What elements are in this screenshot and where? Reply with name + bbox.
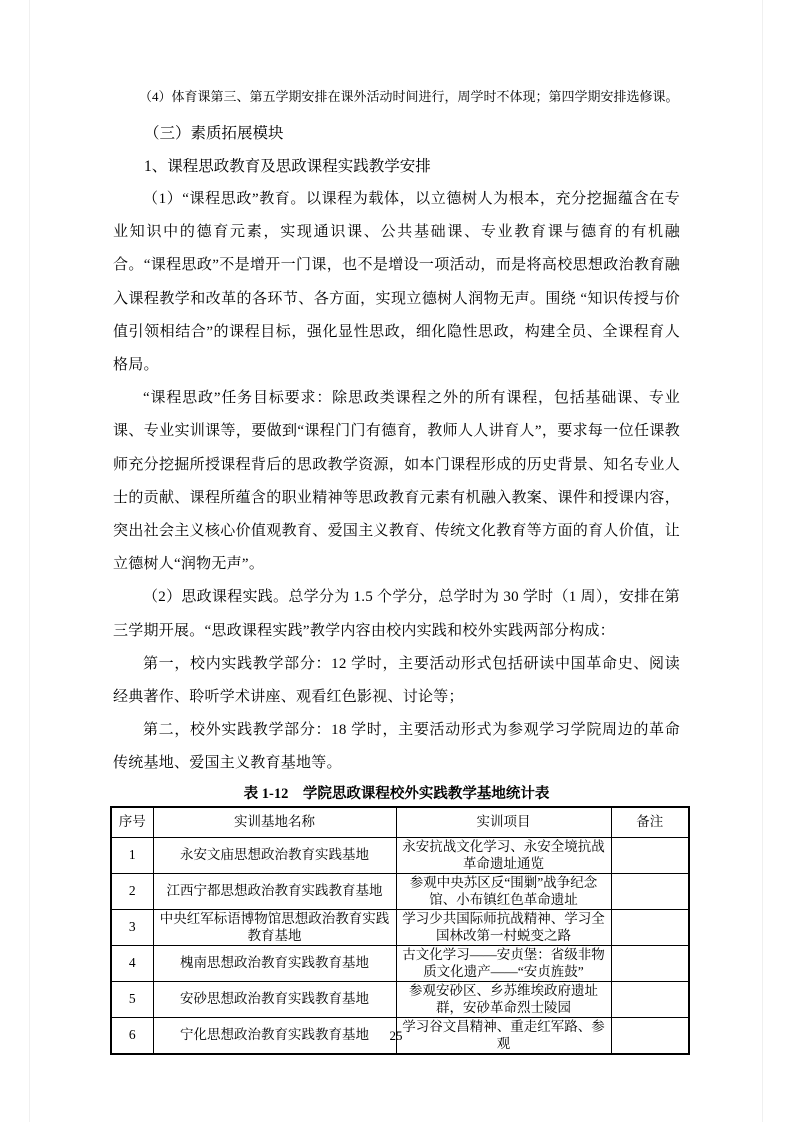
- cell-note: [611, 874, 689, 910]
- cell-no: 3: [111, 910, 153, 946]
- table-caption: 表 1-12 学院思政课程校外实践教学基地统计表: [113, 784, 680, 804]
- practice-bases-table: 序号 实训基地名称 实训项目 备注 1 永安文庙思想政治教育实践基地 永安抗战文…: [110, 806, 690, 1056]
- paragraph: （1）“课程思政”教育。以课程为载体，以立德树人为根本，充分挖掘蕴含在专业知识中…: [113, 183, 680, 382]
- section-heading-quality-development: （三）素质拓展模块: [113, 117, 680, 150]
- column-header-no: 序号: [111, 807, 153, 838]
- cell-base-name: 槐南思想政治教育实践教育基地: [153, 946, 396, 982]
- table-row: 5 安砂思想政治教育实践教育基地 参观安砂区、乡苏维埃政府遗址群，安砂革命烈士陵…: [111, 982, 689, 1018]
- cell-no: 2: [111, 874, 153, 910]
- table-row: 4 槐南思想政治教育实践教育基地 古文化学习——安贞堡：省级非物质文化遗产——“…: [111, 946, 689, 982]
- cell-note: [611, 946, 689, 982]
- table-row: 1 永安文庙思想政治教育实践基地 永安抗战文化学习、永安全境抗战革命遗址通览: [111, 838, 689, 874]
- cell-no: 1: [111, 838, 153, 874]
- cell-project: 参观中央苏区反“围剿”战争纪念馆、小布镇红色革命遗址: [396, 874, 611, 910]
- paragraph: 第一，校内实践教学部分：12 学时，主要活动形式包括研读中国革命史、阅读经典著作…: [113, 648, 680, 714]
- page-number: 25: [0, 1028, 792, 1044]
- document-page-content: （4）体育课第三、第五学期安排在课外活动时间进行，周学时不体现；第四学期安排选修…: [113, 88, 680, 1055]
- paragraph: “课程思政”任务目标要求：除思政类课程之外的所有课程，包括基础课、专业课、专业实…: [113, 382, 680, 581]
- column-header-note: 备注: [611, 807, 689, 838]
- cell-project: 永安抗战文化学习、永安全境抗战革命遗址通览: [396, 838, 611, 874]
- cell-base-name: 江西宁都思想政治教育实践教育基地: [153, 874, 396, 910]
- subheading-course-ideology: 1、课程思政教育及思政课程实践教学安排: [113, 150, 680, 183]
- page-edge-line: [29, 0, 30, 1122]
- table-row: 3 中央红军标语博物馆思想政治教育实践教育基地 学习少共国际师抗战精神、学习全国…: [111, 910, 689, 946]
- cell-note: [611, 910, 689, 946]
- page-edge-line: [762, 0, 763, 1122]
- cell-base-name: 安砂思想政治教育实践教育基地: [153, 982, 396, 1018]
- cell-base-name: 中央红军标语博物馆思想政治教育实践教育基地: [153, 910, 396, 946]
- paragraph: （2）思政课程实践。总学分为 1.5 个学分，总学时为 30 学时（1 周），安…: [113, 581, 680, 647]
- cell-note: [611, 982, 689, 1018]
- cell-no: 5: [111, 982, 153, 1018]
- cell-base-name: 永安文庙思想政治教育实践基地: [153, 838, 396, 874]
- cell-project: 古文化学习——安贞堡：省级非物质文化遗产——“安贞旌鼓”: [396, 946, 611, 982]
- paragraph: 第二，校外实践教学部分：18 学时，主要活动形式为参观学习学院周边的革命传统基地…: [113, 714, 680, 780]
- note-pe-course: （4）体育课第三、第五学期安排在课外活动时间进行，周学时不体现；第四学期安排选修…: [113, 88, 680, 106]
- cell-project: 参观安砂区、乡苏维埃政府遗址群，安砂革命烈士陵园: [396, 982, 611, 1018]
- table-header-row: 序号 实训基地名称 实训项目 备注: [111, 807, 689, 838]
- column-header-project: 实训项目: [396, 807, 611, 838]
- table-row: 2 江西宁都思想政治教育实践教育基地 参观中央苏区反“围剿”战争纪念馆、小布镇红…: [111, 874, 689, 910]
- cell-note: [611, 838, 689, 874]
- cell-no: 4: [111, 946, 153, 982]
- cell-project: 学习少共国际师抗战精神、学习全国林改第一村蜕变之路: [396, 910, 611, 946]
- column-header-base-name: 实训基地名称: [153, 807, 396, 838]
